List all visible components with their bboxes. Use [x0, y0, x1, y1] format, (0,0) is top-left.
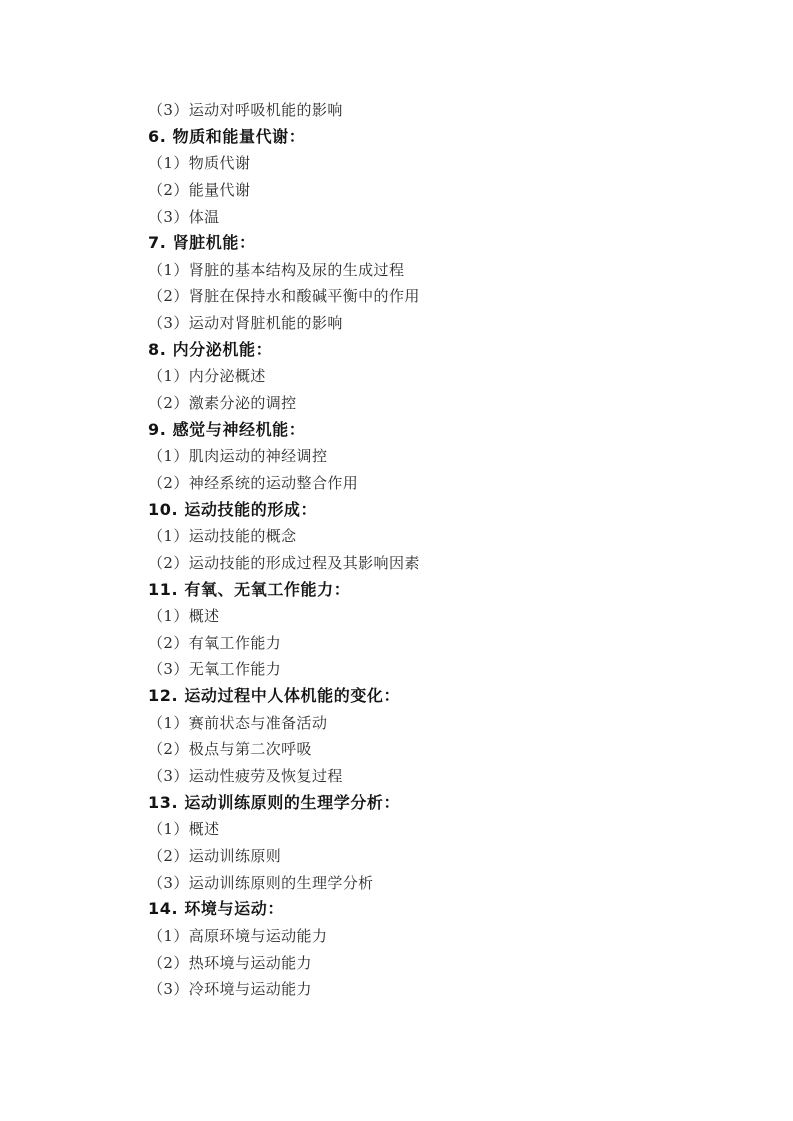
section-heading: 10. 运动技能的形成： [148, 497, 420, 524]
document-page: （3）运动对呼吸机能的影响6. 物质和能量代谢：（1）物质代谢（2）能量代谢（3… [0, 0, 793, 1121]
outline-item: （1）肾脏的基本结构及尿的生成过程 [148, 257, 420, 284]
outline-item: （2）激素分泌的调控 [148, 390, 420, 417]
outline-item: （2）有氧工作能力 [148, 630, 420, 657]
outline-item: （2）热环境与运动能力 [148, 950, 420, 977]
section: （3）运动对呼吸机能的影响 [148, 97, 420, 124]
outline-item: （3）体温 [148, 204, 420, 231]
outline-item: （3）运动训练原则的生理学分析 [148, 870, 420, 897]
section-heading: 6. 物质和能量代谢： [148, 124, 420, 151]
section: 10. 运动技能的形成：（1）运动技能的概念（2）运动技能的形成过程及其影响因素 [148, 497, 420, 577]
outline-item: （1）概述 [148, 816, 420, 843]
outline-item: （1）运动技能的概念 [148, 523, 420, 550]
outline-item: （2）极点与第二次呼吸 [148, 736, 420, 763]
outline-item: （2）肾脏在保持水和酸碱平衡中的作用 [148, 283, 420, 310]
outline: （3）运动对呼吸机能的影响6. 物质和能量代谢：（1）物质代谢（2）能量代谢（3… [148, 97, 420, 1003]
outline-item: （2）能量代谢 [148, 177, 420, 204]
outline-item: （2）神经系统的运动整合作用 [148, 470, 420, 497]
section: 11. 有氧、无氧工作能力：（1）概述（2）有氧工作能力（3）无氧工作能力 [148, 577, 420, 684]
section-heading: 13. 运动训练原则的生理学分析： [148, 790, 420, 817]
outline-item: （3）运动性疲劳及恢复过程 [148, 763, 420, 790]
section: 14. 环境与运动：（1）高原环境与运动能力（2）热环境与运动能力（3）冷环境与… [148, 896, 420, 1003]
outline-item: （1）肌肉运动的神经调控 [148, 443, 420, 470]
outline-item: （1）赛前状态与准备活动 [148, 710, 420, 737]
section: 13. 运动训练原则的生理学分析：（1）概述（2）运动训练原则（3）运动训练原则… [148, 790, 420, 897]
section-heading: 9. 感觉与神经机能： [148, 417, 420, 444]
outline-item: （2）运动训练原则 [148, 843, 420, 870]
section: 9. 感觉与神经机能：（1）肌肉运动的神经调控（2）神经系统的运动整合作用 [148, 417, 420, 497]
section-heading: 7. 肾脏机能： [148, 230, 420, 257]
section: 6. 物质和能量代谢：（1）物质代谢（2）能量代谢（3）体温 [148, 124, 420, 231]
outline-item: （3）冷环境与运动能力 [148, 976, 420, 1003]
outline-item: （3）运动对呼吸机能的影响 [148, 97, 420, 124]
outline-item: （1）内分泌概述 [148, 363, 420, 390]
outline-item: （1）高原环境与运动能力 [148, 923, 420, 950]
section-heading: 8. 内分泌机能： [148, 337, 420, 364]
outline-item: （3）无氧工作能力 [148, 656, 420, 683]
section-heading: 11. 有氧、无氧工作能力： [148, 577, 420, 604]
section: 8. 内分泌机能：（1）内分泌概述（2）激素分泌的调控 [148, 337, 420, 417]
section-heading: 14. 环境与运动： [148, 896, 420, 923]
outline-item: （2）运动技能的形成过程及其影响因素 [148, 550, 420, 577]
section-heading: 12. 运动过程中人体机能的变化： [148, 683, 420, 710]
section: 12. 运动过程中人体机能的变化：（1）赛前状态与准备活动（2）极点与第二次呼吸… [148, 683, 420, 790]
outline-item: （3）运动对肾脏机能的影响 [148, 310, 420, 337]
outline-item: （1）概述 [148, 603, 420, 630]
outline-item: （1）物质代谢 [148, 150, 420, 177]
section: 7. 肾脏机能：（1）肾脏的基本结构及尿的生成过程（2）肾脏在保持水和酸碱平衡中… [148, 230, 420, 337]
